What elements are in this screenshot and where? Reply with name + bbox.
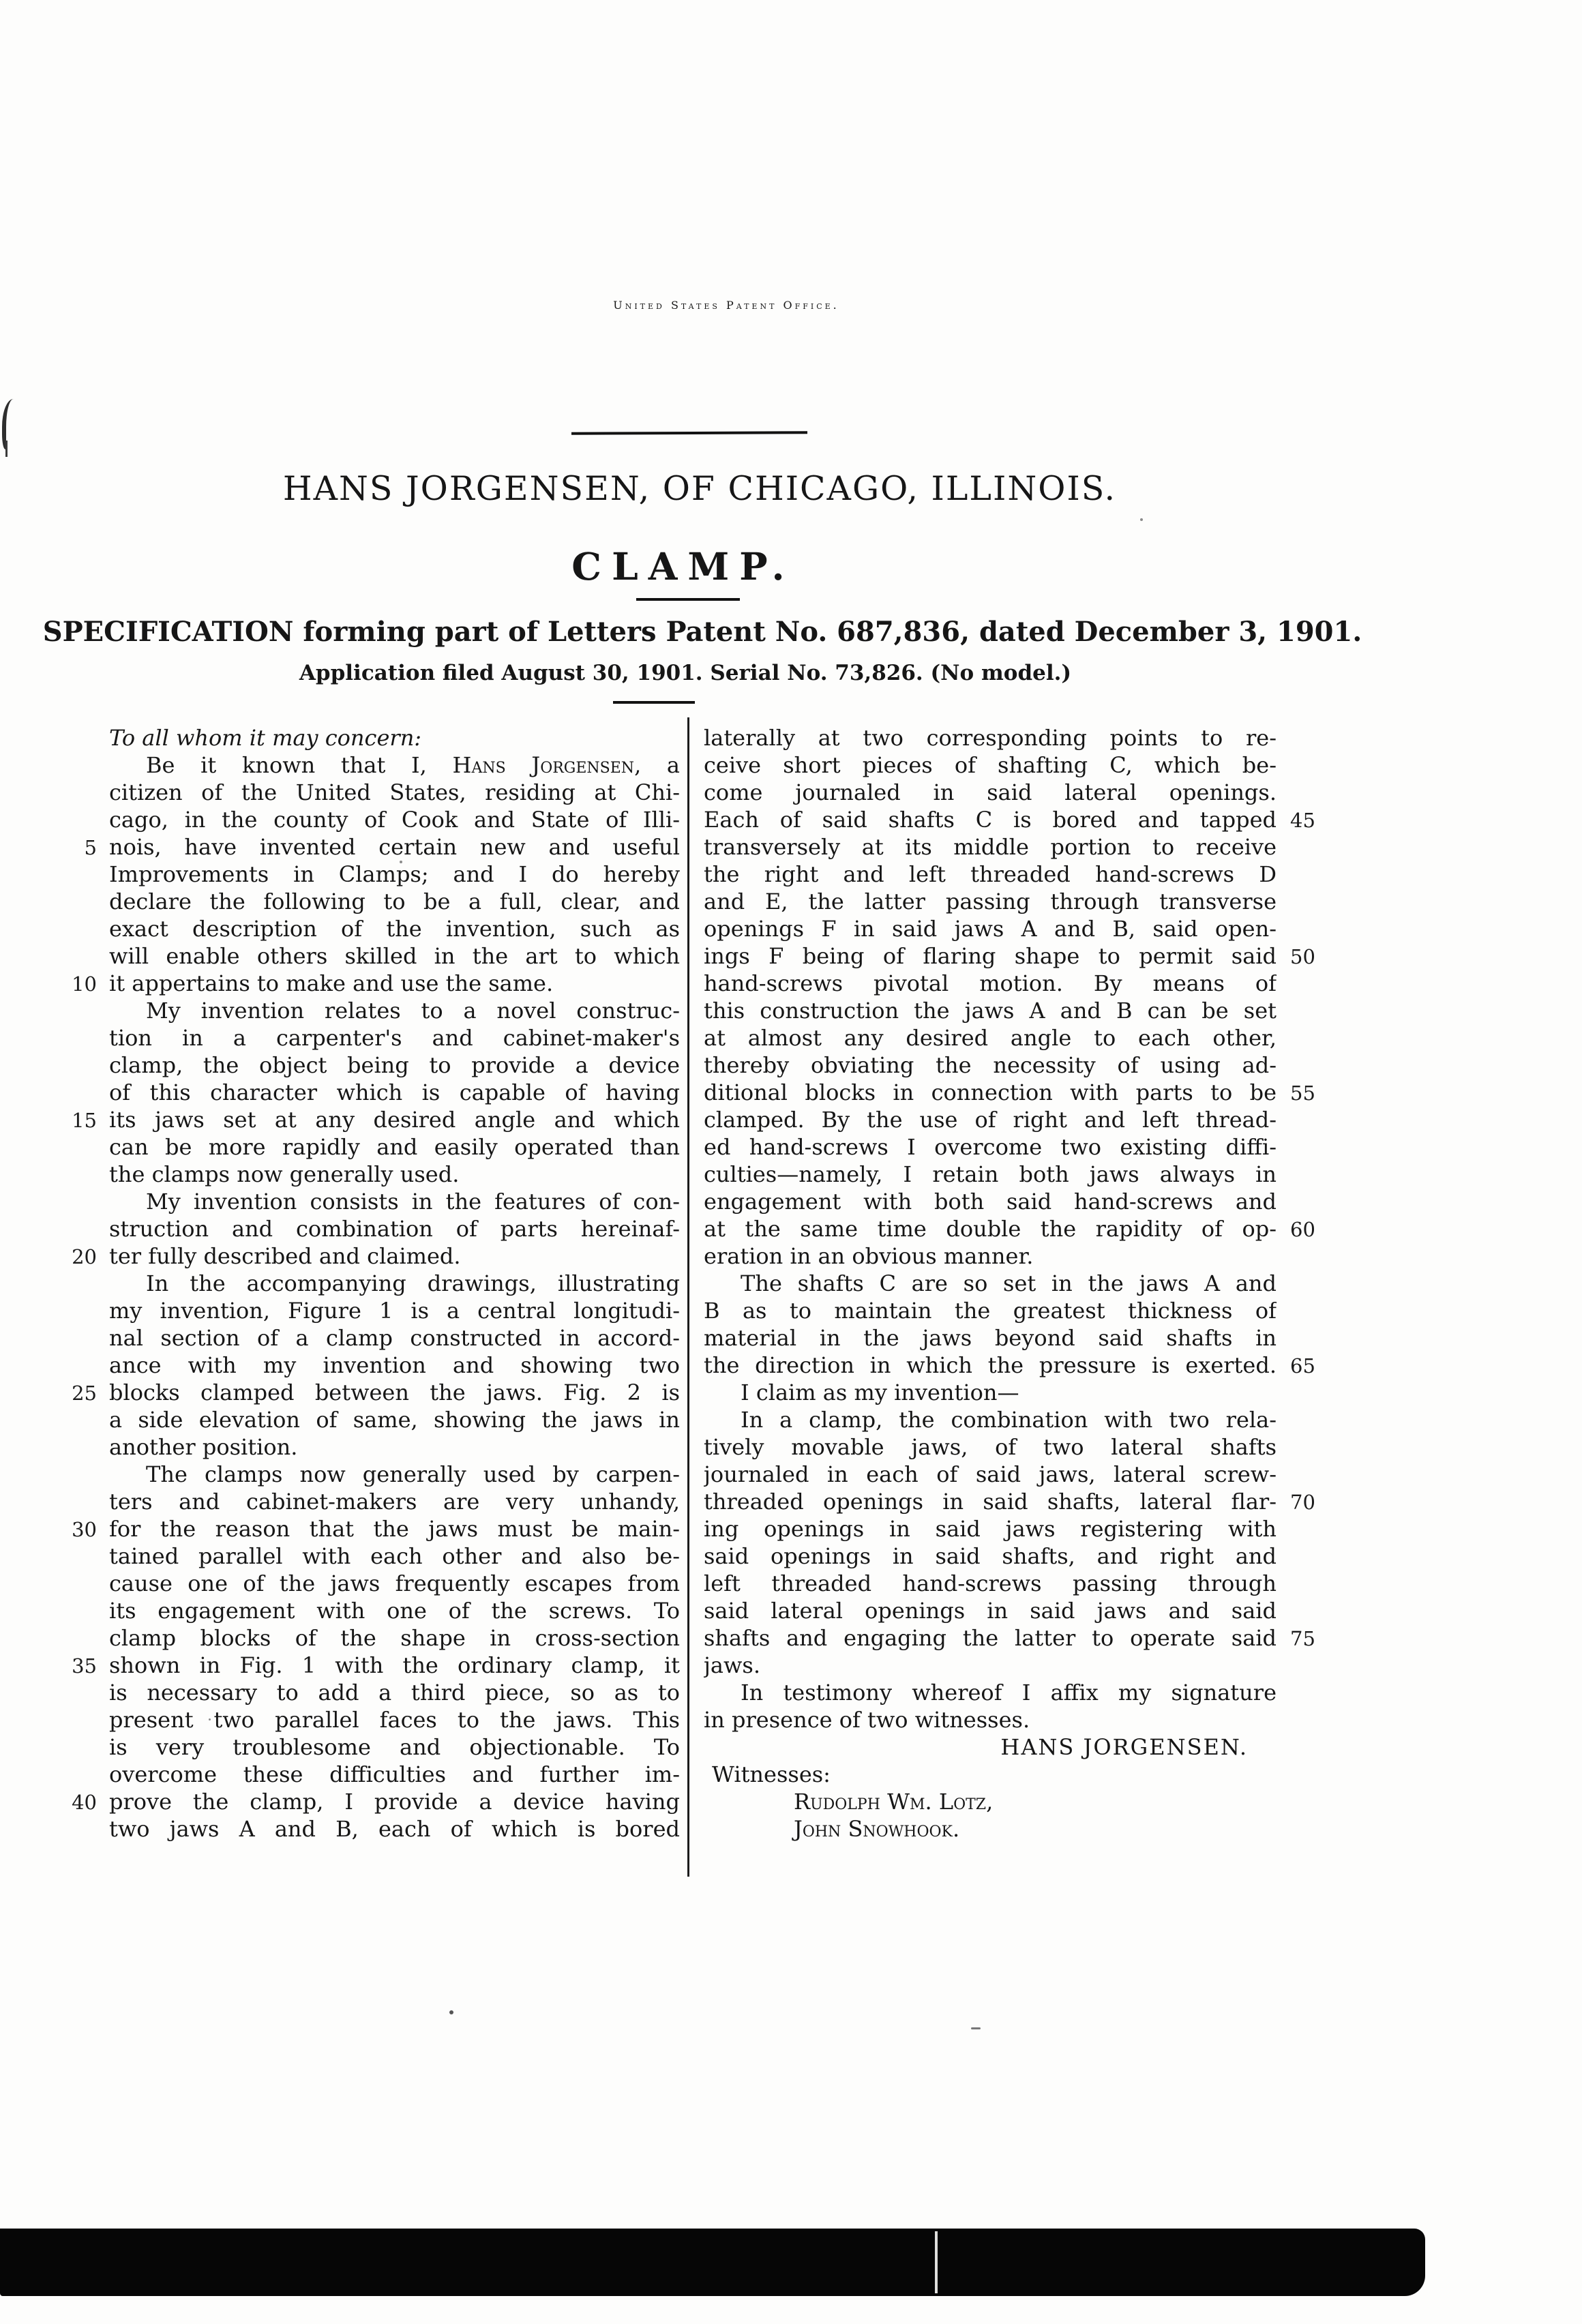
text-line: overcome these difficulties and further … [58,1761,680,1788]
line-text: two jaws A and B, each of which is bored [109,1815,680,1843]
line-text: openings F in said jaws A and B, said op… [704,915,1277,942]
line-number: 70 [1277,1488,1329,1515]
line-text: My invention consists in the features of… [109,1188,680,1215]
line-number [1277,1270,1329,1297]
line-number [1277,1433,1329,1461]
text-line: nal section of a clamp constructed in ac… [58,1324,680,1352]
line-number [58,1406,109,1433]
text-line: Each of said shafts C is bored and tappe… [704,806,1329,833]
text-line: In testimony whereof I affix my signatur… [704,1679,1329,1706]
line-number [1277,1052,1329,1079]
line-number [1277,1706,1329,1733]
line-number [1277,751,1329,779]
line-number [1277,724,1329,751]
line-number [1277,888,1329,915]
line-number [58,1706,109,1733]
line-text: cause one of the jaws frequently escapes… [109,1570,680,1597]
line-text: this construction the jaws A and B can b… [704,997,1277,1024]
line-number [1277,1733,1329,1761]
text-line: 5nois, have invented certain new and use… [58,833,680,861]
text-line: another position. [58,1433,680,1461]
invention-title-rule [636,598,740,601]
line-number [1277,1188,1329,1215]
line-number [58,1433,109,1461]
line-number [58,1133,109,1161]
text-line: John Snowhook. [704,1815,1329,1843]
line-text: hand-screws pivotal motion. By means of [704,970,1277,997]
text-line: I claim as my invention— [704,1379,1329,1406]
text-line: journaled in each of said jaws, lateral … [704,1461,1329,1488]
line-text: John Snowhook. [704,1815,1277,1843]
left-column: To all whom it may concern:Be it known t… [58,724,680,1843]
line-number [58,1270,109,1297]
line-number [58,806,109,833]
line-number [1277,1297,1329,1324]
line-number: 20 [58,1242,109,1270]
line-text: come journaled in said lateral openings. [704,779,1277,806]
scan-artifact-tick [5,441,8,457]
line-number: 40 [58,1788,109,1815]
text-line: HANS JORGENSEN. [704,1733,1329,1761]
line-number: 35 [58,1652,109,1679]
line-number [58,997,109,1024]
line-number [58,1761,109,1788]
text-line: jaws. [704,1652,1329,1679]
application-line: Application filed August 30, 1901. Seria… [0,661,1371,685]
text-line: citizen of the United States, residing a… [58,779,680,806]
text-line: To all whom it may concern: [58,724,680,751]
text-line: hand-screws pivotal motion. By means of [704,970,1329,997]
line-text: in presence of two witnesses. [704,1706,1277,1733]
line-text: thereby obviating the necessity of using… [704,1052,1277,1079]
line-number [1277,1133,1329,1161]
line-text: of this character which is capable of ha… [109,1079,680,1106]
text-line: can be more rapidly and easily operated … [58,1133,680,1161]
text-line: The shafts C are so set in the jaws A an… [704,1270,1329,1297]
line-text: shafts and engaging the latter to operat… [704,1624,1277,1652]
text-line: said openings in said shafts, and right … [704,1543,1329,1570]
line-text: said lateral openings in said jaws and s… [704,1597,1277,1624]
line-text: my invention, Figure 1 is a central long… [109,1297,680,1324]
text-line: Improvements in Clamps; and I do hereby [58,861,680,888]
line-text: jaws. [704,1652,1277,1679]
text-line: In a clamp, the combination with two rel… [704,1406,1329,1433]
scanner-bar-gap [935,2231,938,2293]
line-text: its jaws set at any desired angle and wh… [109,1106,680,1133]
line-number [1277,779,1329,806]
text-line: tively movable jaws, of two lateral shaf… [704,1433,1329,1461]
scan-artifact-paren [2,399,18,449]
line-number [1277,1761,1329,1788]
line-text: The clamps now generally used by carpen- [109,1461,680,1488]
line-text: nal section of a clamp constructed in ac… [109,1324,680,1352]
line-text: it appertains to make and use the same. [109,970,680,997]
line-number: 5 [58,833,109,861]
line-number [1277,1242,1329,1270]
line-number [58,888,109,915]
text-line: clamp blocks of the shape in cross-secti… [58,1624,680,1652]
line-text: tained parallel with each other and also… [109,1543,680,1570]
line-text: is very troublesome and objectionable. T… [109,1733,680,1761]
line-number [1277,915,1329,942]
line-text: HANS JORGENSEN. [704,1733,1277,1761]
line-number [1277,1597,1329,1624]
text-line: culties—namely, I retain both jaws alway… [704,1161,1329,1188]
line-text: I claim as my invention— [704,1379,1277,1406]
line-number: 60 [1277,1215,1329,1242]
text-line: clamped. By the use of right and left th… [704,1106,1329,1133]
line-text: ceive short pieces of shafting C, which … [704,751,1277,779]
line-text: In the accompanying drawings, illustrati… [109,1270,680,1297]
line-number [58,779,109,806]
line-number [1277,1461,1329,1488]
line-text: The shafts C are so set in the jaws A an… [704,1270,1277,1297]
text-line: 40prove the clamp, I provide a device ha… [58,1788,680,1815]
scan-speck [449,2010,453,2014]
line-number [1277,833,1329,861]
line-number [58,1570,109,1597]
line-text: ings F being of flaring shape to permit … [704,942,1277,970]
line-number [58,915,109,942]
text-line: the clamps now generally used. [58,1161,680,1188]
line-number: 75 [1277,1624,1329,1652]
line-number [58,1161,109,1188]
text-line: 25blocks clamped between the jaws. Fig. … [58,1379,680,1406]
text-line: ters and cabinet-makers are very unhandy… [58,1488,680,1515]
line-number [58,1297,109,1324]
text-line: is very troublesome and objectionable. T… [58,1733,680,1761]
text-line: threaded openings in said shafts, latera… [704,1488,1329,1515]
text-line: 15its jaws set at any desired angle and … [58,1106,680,1133]
line-number [1277,1570,1329,1597]
text-line: 30for the reason that the jaws must be m… [58,1515,680,1543]
line-text: clamped. By the use of right and left th… [704,1106,1277,1133]
column-divider [687,717,689,1877]
text-line: the direction in which the pressure is e… [704,1352,1329,1379]
line-text: ditional blocks in connection with parts… [704,1079,1277,1106]
line-text: left threaded hand-screws passing throug… [704,1570,1277,1597]
line-text: Witnesses: [704,1761,1277,1788]
text-line: 20ter fully described and claimed. [58,1242,680,1270]
line-number [1277,1406,1329,1433]
line-number [1277,1679,1329,1706]
line-number [1277,997,1329,1024]
patent-document-page: United States Patent Office. HANS JORGEN… [0,0,1582,2324]
text-line: clamp, the object being to provide a dev… [58,1052,680,1079]
scan-speck [400,861,402,863]
line-number [58,1597,109,1624]
line-number [58,1215,109,1242]
line-number: 30 [58,1515,109,1543]
text-line: laterally at two corresponding points to… [704,724,1329,751]
line-text: for the reason that the jaws must be mai… [109,1515,680,1543]
line-number [58,1079,109,1106]
text-line: Witnesses: [704,1761,1329,1788]
line-text: In a clamp, the combination with two rel… [704,1406,1277,1433]
text-line: two jaws A and B, each of which is bored [58,1815,680,1843]
line-text: nois, have invented certain new and usef… [109,833,680,861]
line-text: declare the following to be a full, clea… [109,888,680,915]
specification-line: SPECIFICATION forming part of Letters Pa… [0,616,1405,648]
text-line: of this character which is capable of ha… [58,1079,680,1106]
line-number [58,1052,109,1079]
line-number [1277,861,1329,888]
line-number [58,751,109,779]
text-line: ceive short pieces of shafting C, which … [704,751,1329,779]
line-text: can be more rapidly and easily operated … [109,1133,680,1161]
text-line: exact description of the invention, such… [58,915,680,942]
line-text: ed hand-screws I overcome two existing d… [704,1133,1277,1161]
text-line: eration in an obvious manner. [704,1242,1329,1270]
line-number [58,1815,109,1843]
line-text: laterally at two corresponding points to… [704,724,1277,751]
text-line: the right and left threaded hand-screws … [704,861,1329,888]
line-number [1277,1815,1329,1843]
text-line: cago, in the county of Cook and State of… [58,806,680,833]
line-number [58,942,109,970]
line-text: In testimony whereof I affix my signatur… [704,1679,1277,1706]
line-text: clamp blocks of the shape in cross-secti… [109,1624,680,1652]
line-number [1277,1106,1329,1133]
line-number [58,1324,109,1352]
line-text: To all whom it may concern: [109,724,680,751]
line-text: eration in an obvious manner. [704,1242,1277,1270]
line-text: shown in Fig. 1 with the ordinary clamp,… [109,1652,680,1679]
text-line: ing openings in said jaws registering wi… [704,1515,1329,1543]
scan-speck [209,1718,211,1720]
line-text: journaled in each of said jaws, lateral … [704,1461,1277,1488]
text-line: struction and combination of parts herei… [58,1215,680,1242]
line-text: exact description of the invention, such… [109,915,680,942]
line-number [58,1733,109,1761]
line-number [58,1352,109,1379]
text-line: B as to maintain the greatest thickness … [704,1297,1329,1324]
line-text: the direction in which the pressure is e… [704,1352,1277,1379]
application-rule [613,701,695,704]
line-number [1277,1324,1329,1352]
line-text: another position. [109,1433,680,1461]
text-line: The clamps now generally used by carpen- [58,1461,680,1488]
text-line: openings F in said jaws A and B, said op… [704,915,1329,942]
line-text: prove the clamp, I provide a device havi… [109,1788,680,1815]
line-text: Improvements in Clamps; and I do hereby [109,861,680,888]
line-text: threaded openings in said shafts, latera… [704,1488,1277,1515]
line-text: will enable others skilled in the art to… [109,942,680,970]
line-text: transversely at its middle portion to re… [704,833,1277,861]
line-text: B as to maintain the greatest thickness … [704,1297,1277,1324]
text-line: and E, the latter passing through transv… [704,888,1329,915]
line-number: 65 [1277,1352,1329,1379]
line-number [58,1461,109,1488]
text-line: come journaled in said lateral openings. [704,779,1329,806]
line-text: ters and cabinet-makers are very unhandy… [109,1488,680,1515]
text-line: in presence of two witnesses. [704,1706,1329,1733]
text-line: 10it appertains to make and use the same… [58,970,680,997]
text-line: at the same time double the rapidity of … [704,1215,1329,1242]
line-text: struction and combination of parts herei… [109,1215,680,1242]
line-number: 55 [1277,1079,1329,1106]
text-line: thereby obviating the necessity of using… [704,1052,1329,1079]
line-text: is necessary to add a third piece, so as… [109,1679,680,1706]
text-line: ance with my invention and showing two [58,1352,680,1379]
line-number [1277,1379,1329,1406]
text-line: tion in a carpenter's and cabinet-maker'… [58,1024,680,1052]
line-number [58,1679,109,1706]
text-line: My invention relates to a novel construc… [58,997,680,1024]
line-number [58,861,109,888]
line-text: at the same time double the rapidity of … [704,1215,1277,1242]
line-text: overcome these difficulties and further … [109,1761,680,1788]
text-line: engagement with both said hand-screws an… [704,1188,1329,1215]
line-number: 50 [1277,942,1329,970]
line-number: 15 [58,1106,109,1133]
line-text: culties—namely, I retain both jaws alway… [704,1161,1277,1188]
line-number [1277,1788,1329,1815]
invention-title: CLAMP. [0,544,1367,589]
line-text: and E, the latter passing through transv… [704,888,1277,915]
line-text: My invention relates to a novel construc… [109,997,680,1024]
text-line: Be it known that I, Hans Jorgensen, a [58,751,680,779]
text-line: tained parallel with each other and also… [58,1543,680,1570]
text-line: a side elevation of same, showing the ja… [58,1406,680,1433]
line-text: Each of said shafts C is bored and tappe… [704,806,1277,833]
text-line: ditional blocks in connection with parts… [704,1079,1329,1106]
line-number [1277,1652,1329,1679]
text-line: present two parallel faces to the jaws. … [58,1706,680,1733]
text-line: declare the following to be a full, clea… [58,888,680,915]
line-text: material in the jaws beyond said shafts … [704,1324,1277,1352]
line-text: ance with my invention and showing two [109,1352,680,1379]
line-text: cago, in the county of Cook and State of… [109,806,680,833]
title-rule [571,431,807,435]
line-text: a side elevation of same, showing the ja… [109,1406,680,1433]
line-number [1277,1024,1329,1052]
line-number [58,1188,109,1215]
line-number [58,1024,109,1052]
line-text: clamp, the object being to provide a dev… [109,1052,680,1079]
text-line: transversely at its middle portion to re… [704,833,1329,861]
line-number: 45 [1277,806,1329,833]
line-text: its engagement with one of the screws. T… [109,1597,680,1624]
line-number [58,724,109,751]
line-text: engagement with both said hand-screws an… [704,1188,1277,1215]
line-number [58,1624,109,1652]
text-line: my invention, Figure 1 is a central long… [58,1297,680,1324]
text-line: cause one of the jaws frequently escapes… [58,1570,680,1597]
text-line: Rudolph Wm. Lotz, [704,1788,1329,1815]
line-number: 25 [58,1379,109,1406]
text-line: is necessary to add a third piece, so as… [58,1679,680,1706]
line-text: ing openings in said jaws registering wi… [704,1515,1277,1543]
text-line: 35shown in Fig. 1 with the ordinary clam… [58,1652,680,1679]
line-number [58,1488,109,1515]
right-column: laterally at two corresponding points to… [704,724,1329,1843]
line-text: Rudolph Wm. Lotz, [704,1788,1277,1815]
text-line: ed hand-screws I overcome two existing d… [704,1133,1329,1161]
inventor-line: HANS JORGENSEN, OF CHICAGO, ILLINOIS. [0,469,1399,508]
line-number [1277,970,1329,997]
line-text: tion in a carpenter's and cabinet-maker'… [109,1024,680,1052]
text-line: shafts and engaging the latter to operat… [704,1624,1329,1652]
line-text: Be it known that I, Hans Jorgensen, a [109,751,680,779]
line-text: blocks clamped between the jaws. Fig. 2 … [109,1379,680,1406]
text-line: In the accompanying drawings, illustrati… [58,1270,680,1297]
text-line: material in the jaws beyond said shafts … [704,1324,1329,1352]
text-line: its engagement with one of the screws. T… [58,1597,680,1624]
line-text: the right and left threaded hand-screws … [704,861,1277,888]
line-number [58,1543,109,1570]
line-text: said openings in said shafts, and right … [704,1543,1277,1570]
text-line: at almost any desired angle to each othe… [704,1024,1329,1052]
scanner-black-bar [0,2229,1425,2296]
text-line: said lateral openings in said jaws and s… [704,1597,1329,1624]
line-number [1277,1543,1329,1570]
line-text: the clamps now generally used. [109,1161,680,1188]
line-text: present two parallel faces to the jaws. … [109,1706,680,1733]
line-text: ter fully described and claimed. [109,1242,680,1270]
line-number [1277,1515,1329,1543]
scan-speck [1140,518,1143,521]
line-number: 10 [58,970,109,997]
line-text: tively movable jaws, of two lateral shaf… [704,1433,1277,1461]
text-line: ings F being of flaring shape to permit … [704,942,1329,970]
text-line: this construction the jaws A and B can b… [704,997,1329,1024]
text-line: My invention consists in the features of… [58,1188,680,1215]
text-line: left threaded hand-screws passing throug… [704,1570,1329,1597]
scan-speck [971,2027,981,2029]
line-number [1277,1161,1329,1188]
line-text: at almost any desired angle to each othe… [704,1024,1277,1052]
text-line: will enable others skilled in the art to… [58,942,680,970]
page-title: United States Patent Office. [0,299,1452,312]
line-text: citizen of the United States, residing a… [109,779,680,806]
